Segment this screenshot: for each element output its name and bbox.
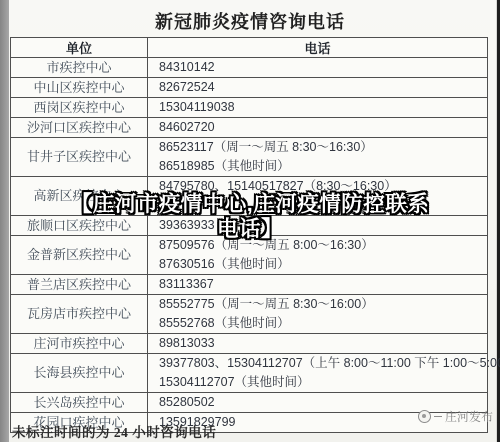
phone-cell: 84602720 <box>148 118 488 138</box>
phone-line: 83113367 <box>148 275 487 294</box>
table-row: 沙河口区疾控中心84602720 <box>11 118 488 138</box>
phone-cell: 15304119038 <box>148 98 488 118</box>
unit-cell: 甘井子区疾控中心 <box>11 138 148 177</box>
unit-cell: 庄河市疾控中心 <box>11 334 148 354</box>
page-title: 新冠肺炎疫情咨询电话 <box>0 8 500 34</box>
watermark: 庄河发布 <box>418 407 493 425</box>
table-row: 普兰店区疾控中心83113367 <box>11 275 488 295</box>
unit-cell: 长海县疾控中心 <box>11 354 148 393</box>
phone-line: 89813033 <box>148 334 487 353</box>
phone-table-body: 市疾控中心84310142中山区疾控中心82672524西岗区疾控中心15304… <box>11 58 488 433</box>
phone-cell: 86523117（周一～周五 8:30～16:30）86518985（其他时间） <box>148 138 488 177</box>
phone-cell: 82672524 <box>148 78 488 98</box>
watermark-dash <box>434 416 442 417</box>
phone-line: 39377803、15304112707（上午 8:00～11:00 下午 1:… <box>148 354 487 373</box>
publisher-logo-icon <box>418 410 431 423</box>
phone-cell: 84310142 <box>148 58 488 78</box>
table-row: 长兴岛疾控中心85280502 <box>11 393 488 413</box>
unit-cell: 长兴岛疾控中心 <box>11 393 148 413</box>
phone-cell: 39377803、15304112707（上午 8:00～11:00 下午 1:… <box>148 354 488 393</box>
phone-cell: 85552775（周一～周五 8:30～16:00）85552768（其他时间） <box>148 295 488 334</box>
phone-line: 85552768（其他时间） <box>148 314 487 333</box>
unit-cell: 普兰店区疾控中心 <box>11 275 148 295</box>
document-photo: 新冠肺炎疫情咨询电话 单位 电话 市疾控中心84310142中山区疾控中心826… <box>0 0 500 442</box>
phone-line: 84602720 <box>148 118 487 137</box>
phone-line: 86518985（其他时间） <box>148 157 487 176</box>
phone-cell: 87509576（周一～周五 8:00～16:30）87630516（其他时间） <box>148 236 488 275</box>
phone-line: 15304112707（其他时间） <box>148 373 487 392</box>
phone-column-header: 电话 <box>148 38 488 58</box>
table-row: 甘井子区疾控中心86523117（周一～周五 8:30～16:30）865189… <box>11 138 488 177</box>
overlay-caption-line2: 电话】 <box>0 217 500 242</box>
overlay-caption-line1: 【庄河市疫情中心,庄河疫情防控联系 <box>0 192 500 217</box>
unit-cell: 瓦房店市疾控中心 <box>11 295 148 334</box>
unit-cell: 中山区疾控中心 <box>11 78 148 98</box>
phone-line: 85552775（周一～周五 8:30～16:00） <box>148 295 487 314</box>
phone-line: 82672524 <box>148 78 487 97</box>
unit-cell: 沙河口区疾控中心 <box>11 118 148 138</box>
table-row: 长海县疾控中心39377803、15304112707（上午 8:00～11:0… <box>11 354 488 393</box>
overlay-caption: 【庄河市疫情中心,庄河疫情防控联系 电话】 <box>0 192 500 241</box>
phone-cell: 83113367 <box>148 275 488 295</box>
watermark-text: 庄河发布 <box>445 408 493 425</box>
table-row: 金普新区疾控中心87509576（周一～周五 8:00～16:30）876305… <box>11 236 488 275</box>
table-row: 市疾控中心84310142 <box>11 58 488 78</box>
unit-cell: 市疾控中心 <box>11 58 148 78</box>
unit-cell: 西岗区疾控中心 <box>11 98 148 118</box>
table-row: 庄河市疾控中心89813033 <box>11 334 488 354</box>
table-row: 瓦房店市疾控中心85552775（周一～周五 8:30～16:00）855527… <box>11 295 488 334</box>
phone-line: 84310142 <box>148 58 487 77</box>
table-row: 西岗区疾控中心15304119038 <box>11 98 488 118</box>
phone-line: 86523117（周一～周五 8:30～16:30） <box>148 138 487 157</box>
table-row: 中山区疾控中心82672524 <box>11 78 488 98</box>
table-header-row: 单位 电话 <box>11 38 488 58</box>
phone-line: 15304119038 <box>148 98 487 117</box>
unit-column-header: 单位 <box>11 38 148 58</box>
footer-note: 未标注时间的为 24 小时咨询电话 <box>12 421 216 441</box>
phone-line: 87630516（其他时间） <box>148 255 487 274</box>
phone-cell: 89813033 <box>148 334 488 354</box>
unit-cell: 金普新区疾控中心 <box>11 236 148 275</box>
